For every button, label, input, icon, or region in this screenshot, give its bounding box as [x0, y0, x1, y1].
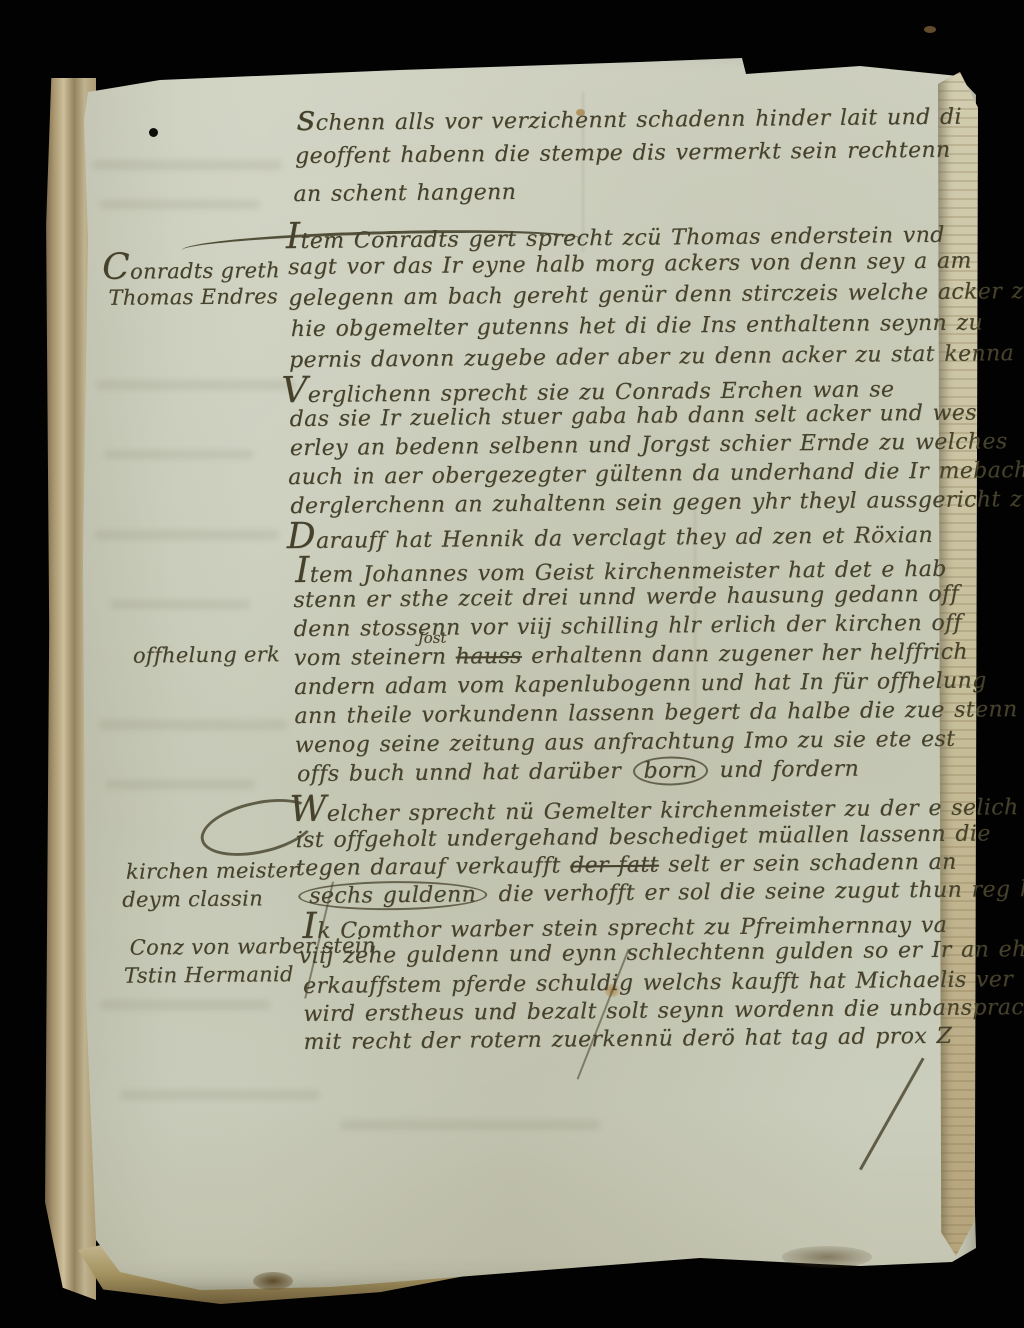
- struck-word: hauss: [456, 644, 522, 670]
- handwritten-line: erkauffstem pferde schuldig welchs kauff…: [303, 967, 1013, 1000]
- margin-note: kirchen meister: [126, 858, 299, 884]
- handwritten-line: sechs guldenn die verhofft er sol die se…: [296, 876, 1024, 910]
- margin-note: Tstin Hermanid: [124, 962, 294, 988]
- margin-note: Thomas Endres: [108, 284, 278, 310]
- handwritten-line: wird erstheus und bezalt solt seynn word…: [303, 995, 1024, 1028]
- handwritten-line: schenn alls vor verzichennt schadenn hin…: [297, 100, 962, 137]
- handwritten-line: andern adam vom kapenlubogenn und hat In…: [294, 668, 987, 701]
- handwritten-line: ann theile vorkundenn lassenn begert da …: [294, 697, 1017, 730]
- ink-tail-flourish: [859, 1057, 924, 1170]
- manuscript-photo: Conradts greth Thomas Endres offhelung e…: [0, 0, 1024, 1328]
- ink-layer: Conradts greth Thomas Endres offhelung e…: [0, 0, 1024, 1328]
- circled-word: sechs guldenn: [298, 880, 487, 911]
- struck-word: der fatt: [570, 853, 659, 879]
- handwritten-line: Darauff hat Hennik da verclagt they ad z…: [287, 518, 934, 555]
- margin-note: deym classin: [122, 886, 263, 911]
- handwritten-line: vom steinern hauss erhaltenn dann zugene…: [294, 640, 968, 672]
- margin-note: offhelung erk: [133, 642, 280, 667]
- handwritten-line: derglerchenn an zuhaltenn sein gegen yhr…: [290, 487, 1024, 520]
- handwritten-line: sagt vor das Ir eyne halb morg ackers vo…: [288, 249, 972, 282]
- handwritten-line: hie obgemelter gutenns het di die Ins en…: [291, 310, 983, 343]
- handwritten-line: stenn er sthe zceit drei unnd werde haus…: [293, 582, 959, 614]
- handwritten-line: geoffent habenn die stempe dis vermerkt …: [295, 138, 951, 170]
- handwritten-line: denn stossenn vor viij schilling hlr erl…: [294, 611, 963, 643]
- circled-word: born: [632, 756, 708, 786]
- handwritten-line: mit recht der rotern zuerkennü derö hat …: [304, 1024, 953, 1056]
- handwritten-line: pernis davonn zugebe ader aber zu denn a…: [289, 341, 1014, 374]
- handwritten-line: das sie Ir zuelich stuer gaba hab dann s…: [290, 401, 978, 434]
- handwritten-line: tegen darauf verkaufft der fatt selt er …: [296, 850, 957, 882]
- handwritten-line: erley an bedenn selbenn und Jorgst schie…: [290, 429, 1008, 462]
- handwritten-line: wenog seine zeitung aus anfrachtung Imo …: [295, 727, 956, 759]
- handwritten-line: offs buch unnd hat darüber born und ford…: [297, 757, 859, 788]
- handwritten-line: ist offgeholt undergehand beschediget mü…: [296, 821, 991, 854]
- handwritten-line: an schent hangenn: [293, 180, 516, 208]
- handwritten-line: gelegenn am bach gereht genür denn stirc…: [288, 279, 1024, 312]
- handwritten-line: auch in aer obergezegter gültenn da unde…: [288, 458, 1024, 491]
